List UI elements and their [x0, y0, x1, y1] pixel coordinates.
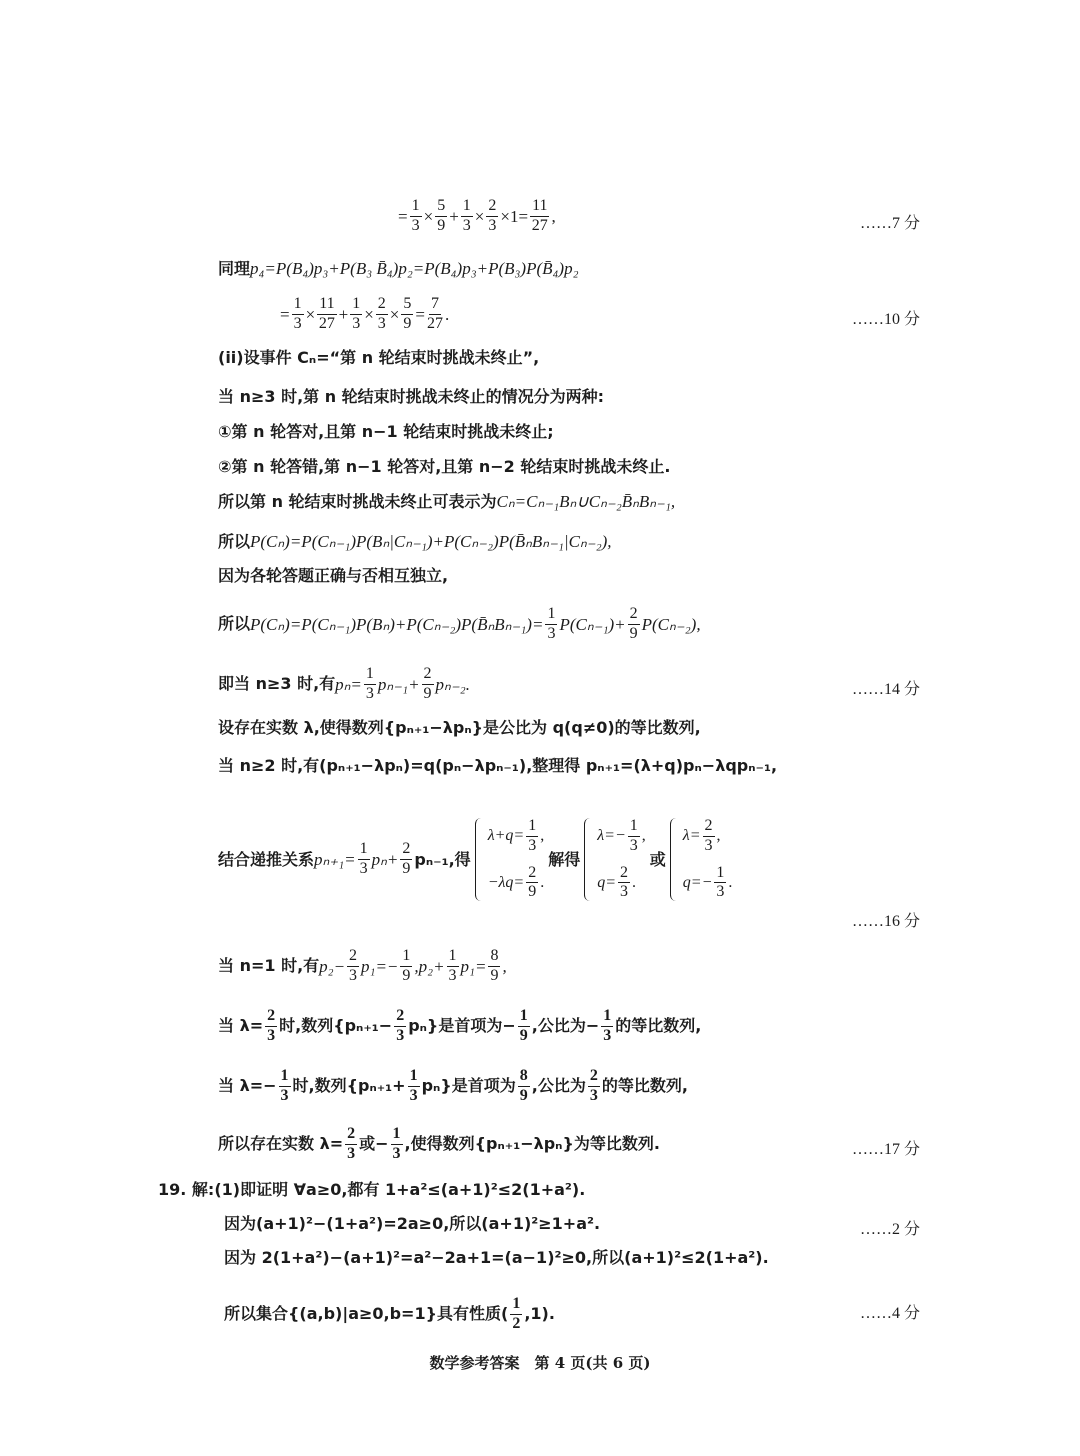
equation-p3-result: = 13 × 59 + 13 × 23 ×1= 1127 , — [398, 198, 556, 235]
fraction: 29 — [400, 841, 412, 878]
case-lambda-neg-1-3: 当 λ=− 13 时,数列{pₙ₊₁+ 13 pₙ}是首项为 89 ,公比为 2… — [218, 1068, 688, 1105]
score-marker: ……10 分 — [852, 306, 920, 329]
brace-icon — [584, 818, 593, 901]
fraction: 1127 — [317, 296, 336, 333]
score-marker: ……2 分 — [860, 1216, 920, 1239]
fraction: 13 — [350, 296, 362, 333]
fraction: 59 — [401, 296, 413, 333]
text-line: 因为 2(1+a²)−(a+1)²=a²−2a+1=(a−1)²≥0,所以(a+… — [224, 1250, 769, 1266]
fraction: 13 — [545, 606, 557, 643]
conclusion-line: 所以存在实数 λ= 23 或− 13 ,使得数列{pₙ₊₁−λpₙ}为等比数列. — [218, 1126, 660, 1163]
answer-key-page: = 13 × 59 + 13 × 23 ×1= 1127 , ……7 分 同理 … — [0, 0, 1080, 1456]
text-line: 设存在实数 λ,使得数列{pₙ₊₁−λpₙ}是公比为 q(q≠0)的等比数列, — [218, 720, 701, 736]
probability-recurrence: 所以 P(Cₙ)=P(Cₙ₋₁)P(Bₙ)+P(Cₙ₋₂)P(B̄ₙBₙ₋₁)=… — [218, 606, 701, 643]
score-marker: ……14 分 — [852, 676, 920, 699]
problem-19-header: 19. 解:(1)即证明 ∀a≥0,都有 1+a²≤(a+1)²≤2(1+a²)… — [158, 1182, 585, 1198]
probability-expression: 所以 P(Cₙ)=P(Cₙ₋₁)P(Bₙ|Cₙ₋₁)+P(Cₙ₋₂)P(B̄ₙB… — [218, 533, 612, 550]
property-conclusion: 所以集合{(a,b)|a≥0,b=1}具有性质( 12 ,1). — [224, 1296, 555, 1333]
fraction: 13 — [410, 198, 422, 235]
text-line: 因为(a+1)²−(1+a²)=2a≥0,所以(a+1)²≥1+a². — [224, 1216, 600, 1232]
system-of-equations-line: 结合递推关系 pₙ₊₁= 13 pₙ+ 29 pₙ₋₁,得 λ+q=13, −λ… — [218, 818, 736, 901]
fraction: 29 — [422, 666, 434, 703]
fraction: 1127 — [530, 198, 549, 235]
fraction: 23 — [376, 296, 388, 333]
equation-system-1: λ+q=13, −λq=29. — [475, 818, 545, 901]
score-marker: ……17 分 — [852, 1136, 920, 1159]
score-marker: ……16 分 — [852, 908, 920, 931]
equation-system-2: λ=−13, q=23. — [584, 818, 646, 901]
text-line: 当 n≥3 时,第 n 轮结束时挑战未终止的情况分为两种: — [218, 389, 604, 405]
text-line: 因为各轮答题正确与否相互独立, — [218, 568, 448, 584]
fraction: 23 — [486, 198, 498, 235]
fraction: 13 — [364, 666, 376, 703]
event-expression: 所以第 n 轮结束时挑战未终止可表示为 Cₙ=Cₙ₋₁Bₙ∪Cₙ₋₂B̄ₙBₙ₋… — [218, 493, 675, 510]
text-line: (ii)设事件 Cₙ=“第 n 轮结束时挑战未终止”, — [218, 350, 539, 366]
case-lambda-2-3: 当 λ= 23 时,数列{pₙ₊₁− 23 pₙ}是首项为− 19 ,公比为− … — [218, 1008, 701, 1045]
page-footer: 数学参考答案 第 4 页(共 6 页) — [0, 1352, 1080, 1373]
recurrence-pn: 即当 n≥3 时,有 pₙ= 13 pₙ₋₁+ 29 pₙ₋₂. — [218, 666, 470, 703]
score-marker: ……4 分 — [860, 1300, 920, 1323]
fraction: 727 — [427, 296, 443, 333]
text-line: ①第 n 轮答对,且第 n−1 轮结束时挑战未终止; — [218, 424, 554, 440]
equation-p4-definition: 同理 p₄=P(B₄)p₃+P(B₃ B̄₄)p₂=P(B₄)p₃+P(B₃)P… — [218, 260, 579, 277]
initial-condition-line: 当 n=1 时,有 p₂− 23 p₁=− 19 ,p₂+ 13 p₁= 89 … — [218, 948, 507, 985]
brace-icon — [475, 818, 484, 901]
text-line: ②第 n 轮答错,第 n−1 轮答对,且第 n−2 轮结束时挑战未终止. — [218, 459, 670, 475]
equation-system-3: λ=23, q=−13. — [670, 818, 733, 901]
text-line: 当 n≥2 时,有(pₙ₊₁−λpₙ)=q(pₙ−λpₙ₋₁),整理得 pₙ₊₁… — [218, 758, 777, 774]
equation-p4-result: = 13 × 1127 + 13 × 23 × 59 = 727 . — [280, 296, 449, 333]
brace-icon — [670, 818, 679, 901]
fraction: 59 — [435, 198, 447, 235]
fraction: 29 — [628, 606, 640, 643]
score-marker: ……7 分 — [860, 210, 920, 233]
fraction: 13 — [461, 198, 473, 235]
fraction: 13 — [358, 841, 370, 878]
fraction: 13 — [292, 296, 304, 333]
